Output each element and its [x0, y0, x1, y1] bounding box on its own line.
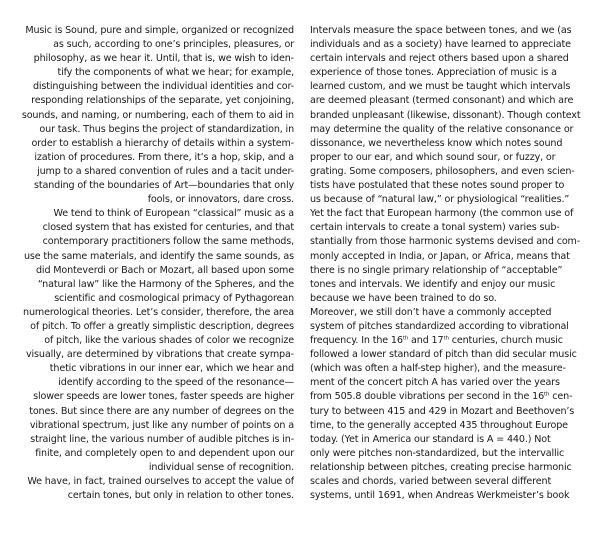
text-line: scales and chords, varied between severa…: [310, 475, 600, 489]
text-line: followed a lower standard of pitch than …: [310, 348, 600, 362]
text-line: individual sense of recognition.: [20, 461, 294, 475]
text-line: fools, or innovators, dare cross.: [20, 193, 294, 207]
text-line: tury to between 415 and 429 in Mozart an…: [310, 405, 600, 419]
text-line: Music is Sound, pure and simple, organiz…: [20, 24, 294, 38]
text-line: We tend to think of European “classical”…: [20, 207, 294, 221]
text-line: slower speeds are lower tones, faster sp…: [20, 390, 294, 404]
text-line: tones and intervals. We identify and enj…: [310, 278, 600, 292]
text-line: of pitch, like the various shades of col…: [20, 334, 294, 348]
text-line: We have, in fact, trained ourselves to a…: [20, 475, 294, 489]
text-segment: cen-: [549, 391, 572, 402]
text-line: Moreover, we still don’t have a commonly…: [310, 306, 600, 320]
text-line: are deemed pleasant (termed consonant) a…: [310, 94, 600, 108]
text-line: ization of procedures. From there, it’s …: [20, 151, 294, 165]
text-line: (which was often a half-step higher), an…: [310, 362, 600, 376]
text-line: tists have postulated that these notes s…: [310, 179, 600, 193]
text-line: Yet the fact that European harmony (the …: [310, 207, 600, 221]
text-line: responding relationships of the separate…: [20, 94, 294, 108]
text-line: systems, until 1691, when Andreas Werkme…: [310, 489, 600, 503]
text-line: distinguishing between the individual id…: [20, 80, 294, 94]
text-line: sounds, and naming, or numbering, each o…: [20, 109, 294, 123]
text-line: finite, and completely open to and depen…: [20, 447, 294, 461]
right-text-column: Intervals measure the space between tone…: [310, 24, 600, 503]
text-line: certain intervals and reject others base…: [310, 52, 600, 66]
text-line: jump to a shared convention of rules and…: [20, 165, 294, 179]
text-line: monly accepted in India, or Japan, or Af…: [310, 250, 600, 264]
text-line: dissonance, we nevertheless know which n…: [310, 137, 600, 151]
text-line: frequency. In the 16th and 17th centurie…: [310, 334, 600, 348]
text-line: stantially from those harmonic systems d…: [310, 235, 600, 249]
text-line: philosophy, as we hear it. Until, that i…: [20, 52, 294, 66]
text-line: us because of “natural law,” or physiolo…: [310, 193, 600, 207]
left-text-column: Music is Sound, pure and simple, organiz…: [20, 24, 294, 503]
text-line: certain tones, but only in relation to o…: [20, 489, 294, 503]
text-line: closed system that has existed for centu…: [20, 221, 294, 235]
text-line: “natural law” like the Harmony of the Sp…: [20, 278, 294, 292]
text-segment: centuries, church music: [449, 335, 563, 346]
text-line: visually, are determined by vibrations t…: [20, 348, 294, 362]
text-line: because we have been trained to do so.: [310, 292, 600, 306]
text-line: grating. Some composers, philosophers, a…: [310, 165, 600, 179]
text-line: standing of the boundaries of Art—bounda…: [20, 179, 294, 193]
text-line: our task. Thus begins the project of sta…: [20, 123, 294, 137]
text-segment: and 17: [408, 335, 443, 346]
text-line: today. (Yet in America our standard is A…: [310, 433, 600, 447]
text-line: use the same materials, and identify the…: [20, 250, 294, 264]
text-line: numerological theories. Let’s consider, …: [20, 306, 294, 320]
text-line: individuals and as a society) have learn…: [310, 38, 600, 52]
text-line: vibrational spectrum, just like any numb…: [20, 419, 294, 433]
text-line: did Monteverdi or Bach or Mozart, all ba…: [20, 264, 294, 278]
text-line: tify the components of what we hear; for…: [20, 66, 294, 80]
text-line: thetic vibrations in our inner ear, whic…: [20, 362, 294, 376]
text-line: straight line, the various number of aud…: [20, 433, 294, 447]
text-line: there is no single primary relationship …: [310, 264, 600, 278]
text-line: time, to the generally accepted 435 thro…: [310, 419, 600, 433]
text-line: branded unpleasant (likewise, dissonant)…: [310, 109, 600, 123]
text-line: relationship between pitches, creating p…: [310, 461, 600, 475]
text-line: scientific and cosmological primacy of P…: [20, 292, 294, 306]
text-line: Intervals measure the space between tone…: [310, 24, 600, 38]
text-line: ment of the concert pitch A has varied o…: [310, 376, 600, 390]
text-line: contemporary practitioners follow the sa…: [20, 235, 294, 249]
text-line: may determine the quality of the relativ…: [310, 123, 600, 137]
text-line: only were pitches non-standardized, but …: [310, 447, 600, 461]
text-line: experience of those tones. Appreciation …: [310, 66, 600, 80]
text-line: from 505.8 double vibrations per second …: [310, 390, 600, 404]
text-line: system of pitches standardized according…: [310, 320, 600, 334]
text-line: certain intervals to create a tonal syst…: [310, 221, 600, 235]
text-line: proper to our ear, and which sound sour,…: [310, 151, 600, 165]
text-line: learned custom, and we must be taught wh…: [310, 80, 600, 94]
text-line: tones. But since there are any number of…: [20, 405, 294, 419]
text-line: order to establish a hierarchy of detail…: [20, 137, 294, 151]
text-segment: frequency. In the 16: [310, 335, 403, 346]
text-line: of pitch. To offer a greatly simplistic …: [20, 320, 294, 334]
text-segment: from 505.8 double vibrations per second …: [310, 391, 544, 402]
book-page-spread: Music is Sound, pure and simple, organiz…: [0, 0, 600, 540]
text-line: identify according to the speed of the r…: [20, 376, 294, 390]
text-line: as such, according to one’s principles, …: [20, 38, 294, 52]
